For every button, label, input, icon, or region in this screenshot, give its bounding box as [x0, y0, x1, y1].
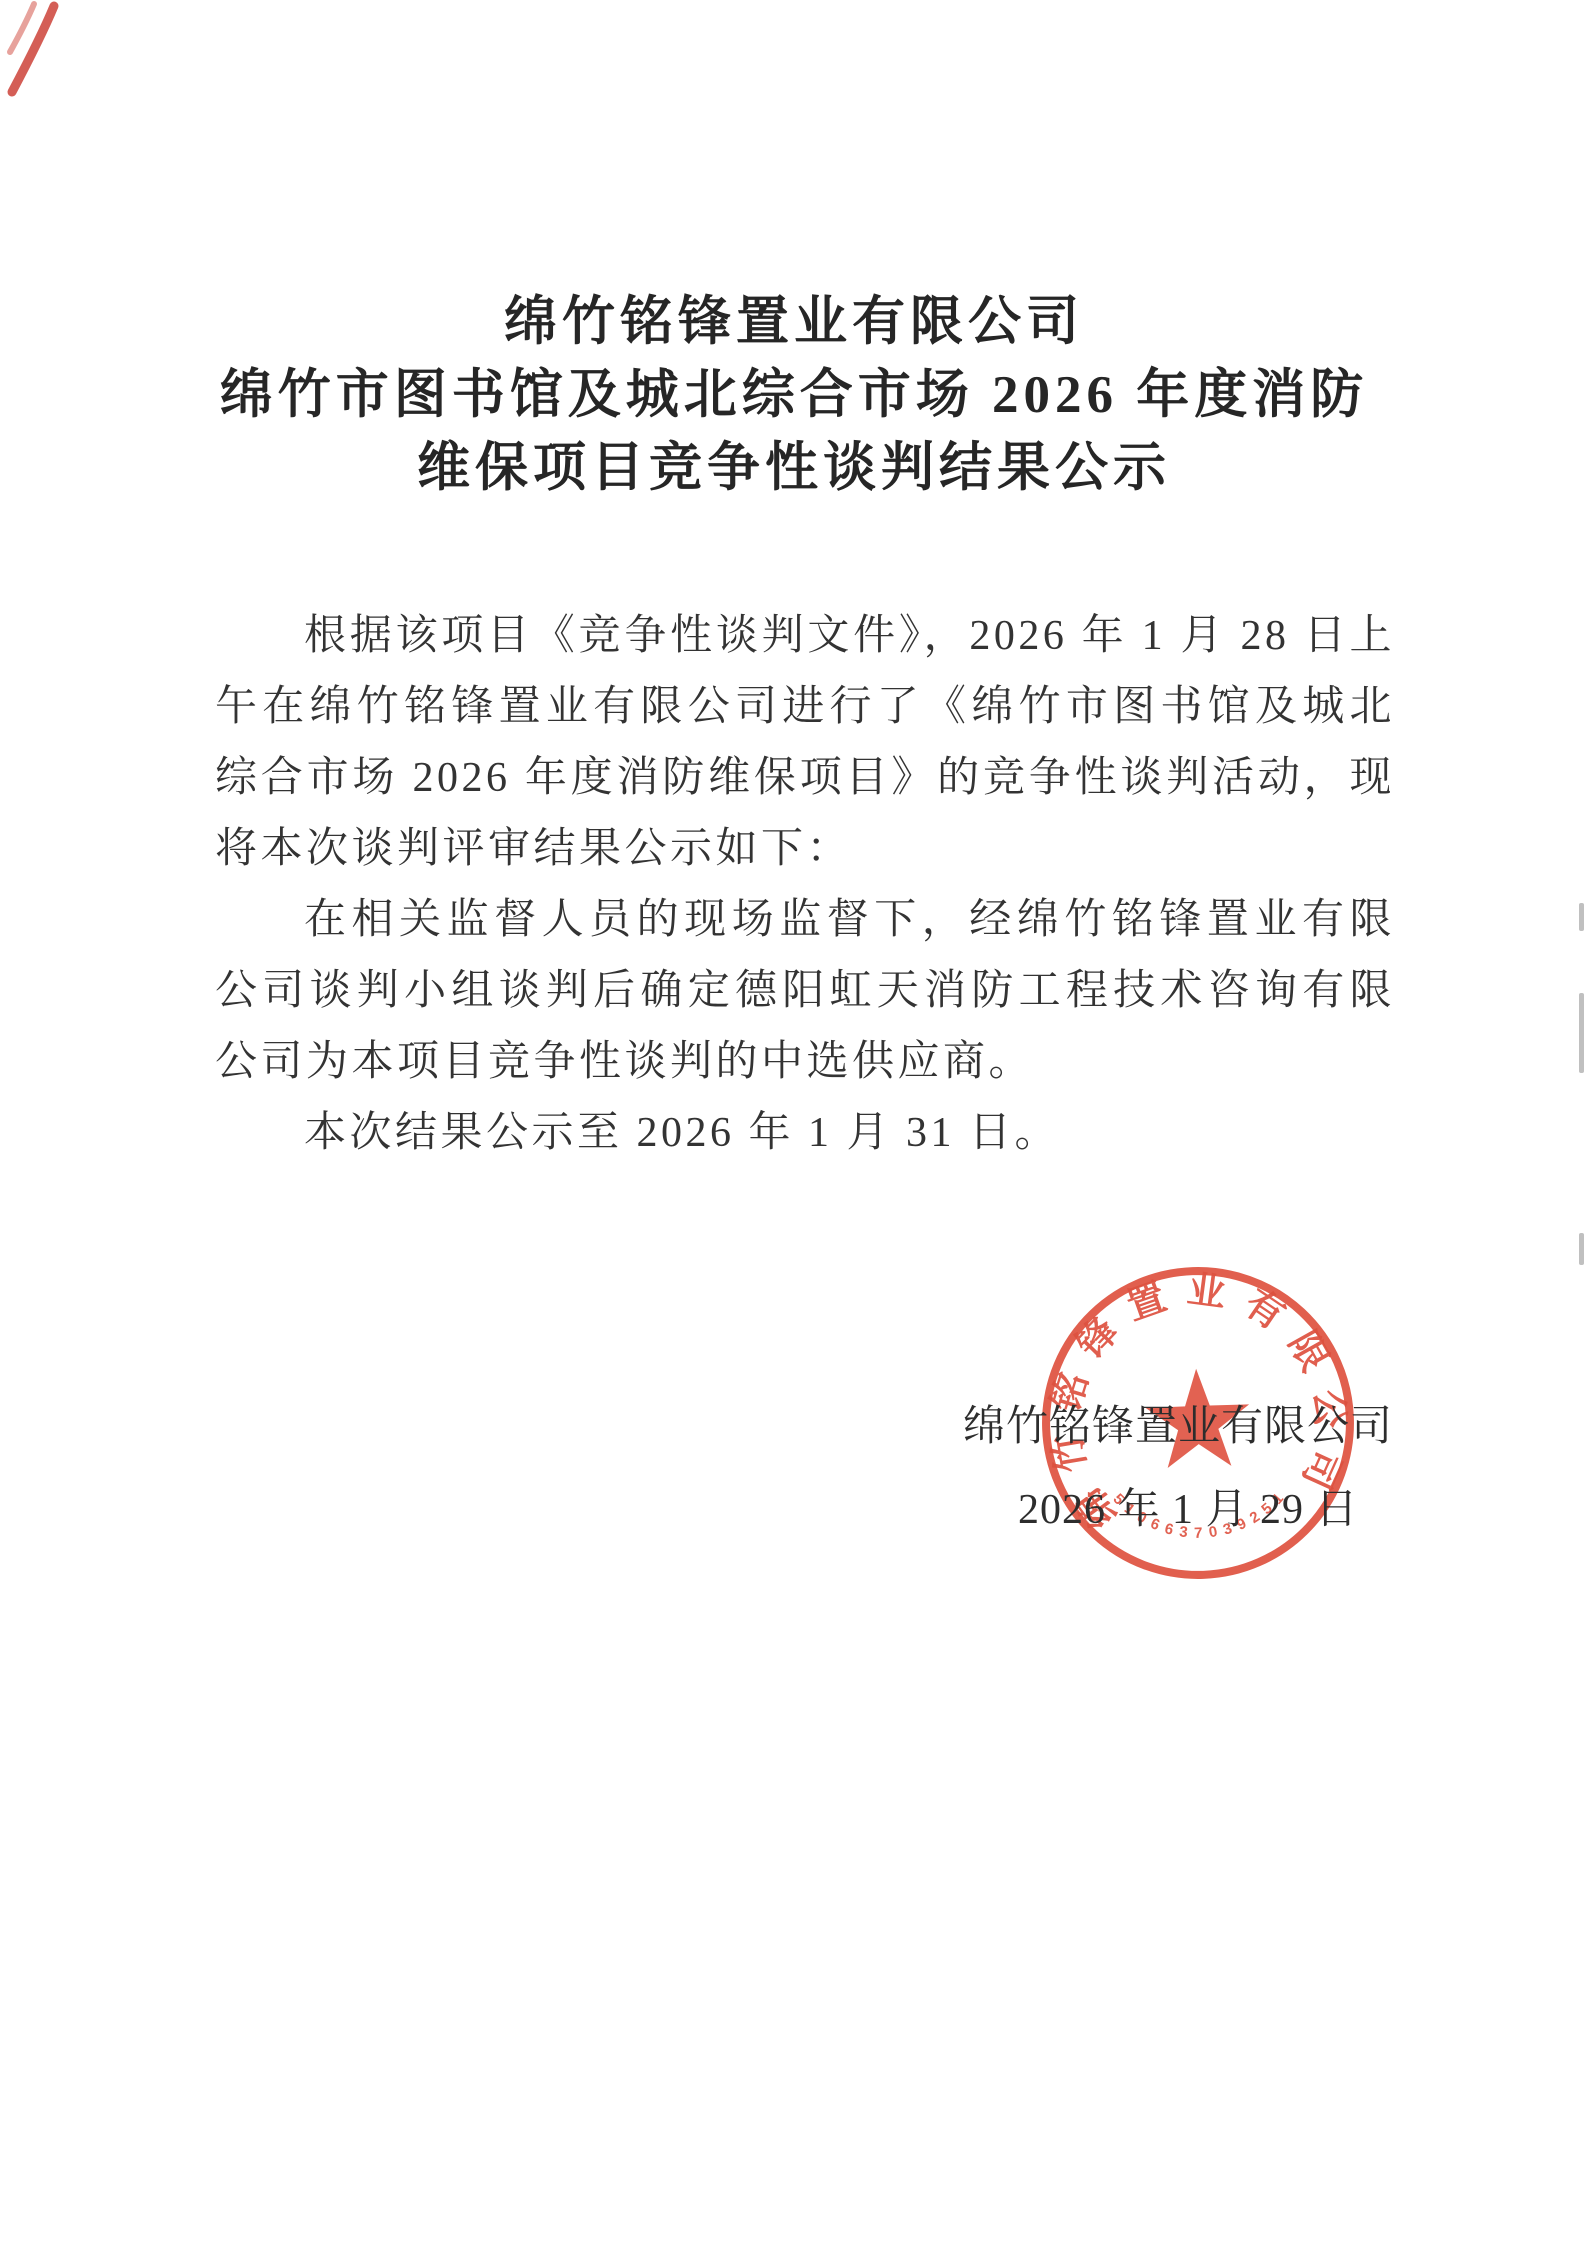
document-page: 绵竹铭锋置业有限公司 绵竹市图书馆及城北综合市场 2026 年度消防 维保项目竞…	[0, 0, 1588, 2244]
title-line-3: 维保项目竞争性谈判结果公示	[0, 432, 1588, 505]
title-line-1: 绵竹铭锋置业有限公司	[0, 286, 1588, 359]
paragraph-publicity-period: 本次结果公示至 2026 年 1 月 31 日。	[215, 1098, 1395, 1169]
signature-company: 绵竹铭锋置业有限公司	[963, 1393, 1393, 1453]
signature-date: 2026 年 1 月 29 日	[1018, 1476, 1359, 1536]
scan-edge-artifact	[1579, 903, 1584, 931]
title-line-2: 绵竹市图书馆及城北综合市场 2026 年度消防	[0, 359, 1588, 432]
paragraph-basis: 根据该项目《竞争性谈判文件》，2026 年 1 月 28 日上午在绵竹铭锋置业有…	[215, 601, 1395, 885]
scan-edge-artifact	[1579, 1233, 1584, 1265]
scan-edge-artifact	[1579, 993, 1584, 1073]
title-block: 绵竹铭锋置业有限公司 绵竹市图书馆及城北综合市场 2026 年度消防 维保项目竞…	[0, 0, 1588, 505]
body-text: 根据该项目《竞争性谈判文件》，2026 年 1 月 28 日上午在绵竹铭锋置业有…	[215, 601, 1395, 1169]
paragraph-result: 在相关监督人员的现场监督下，经绵竹铭锋置业有限公司谈判小组谈判后确定德阳虹天消防…	[215, 885, 1395, 1098]
corner-red-mark	[0, 0, 80, 110]
